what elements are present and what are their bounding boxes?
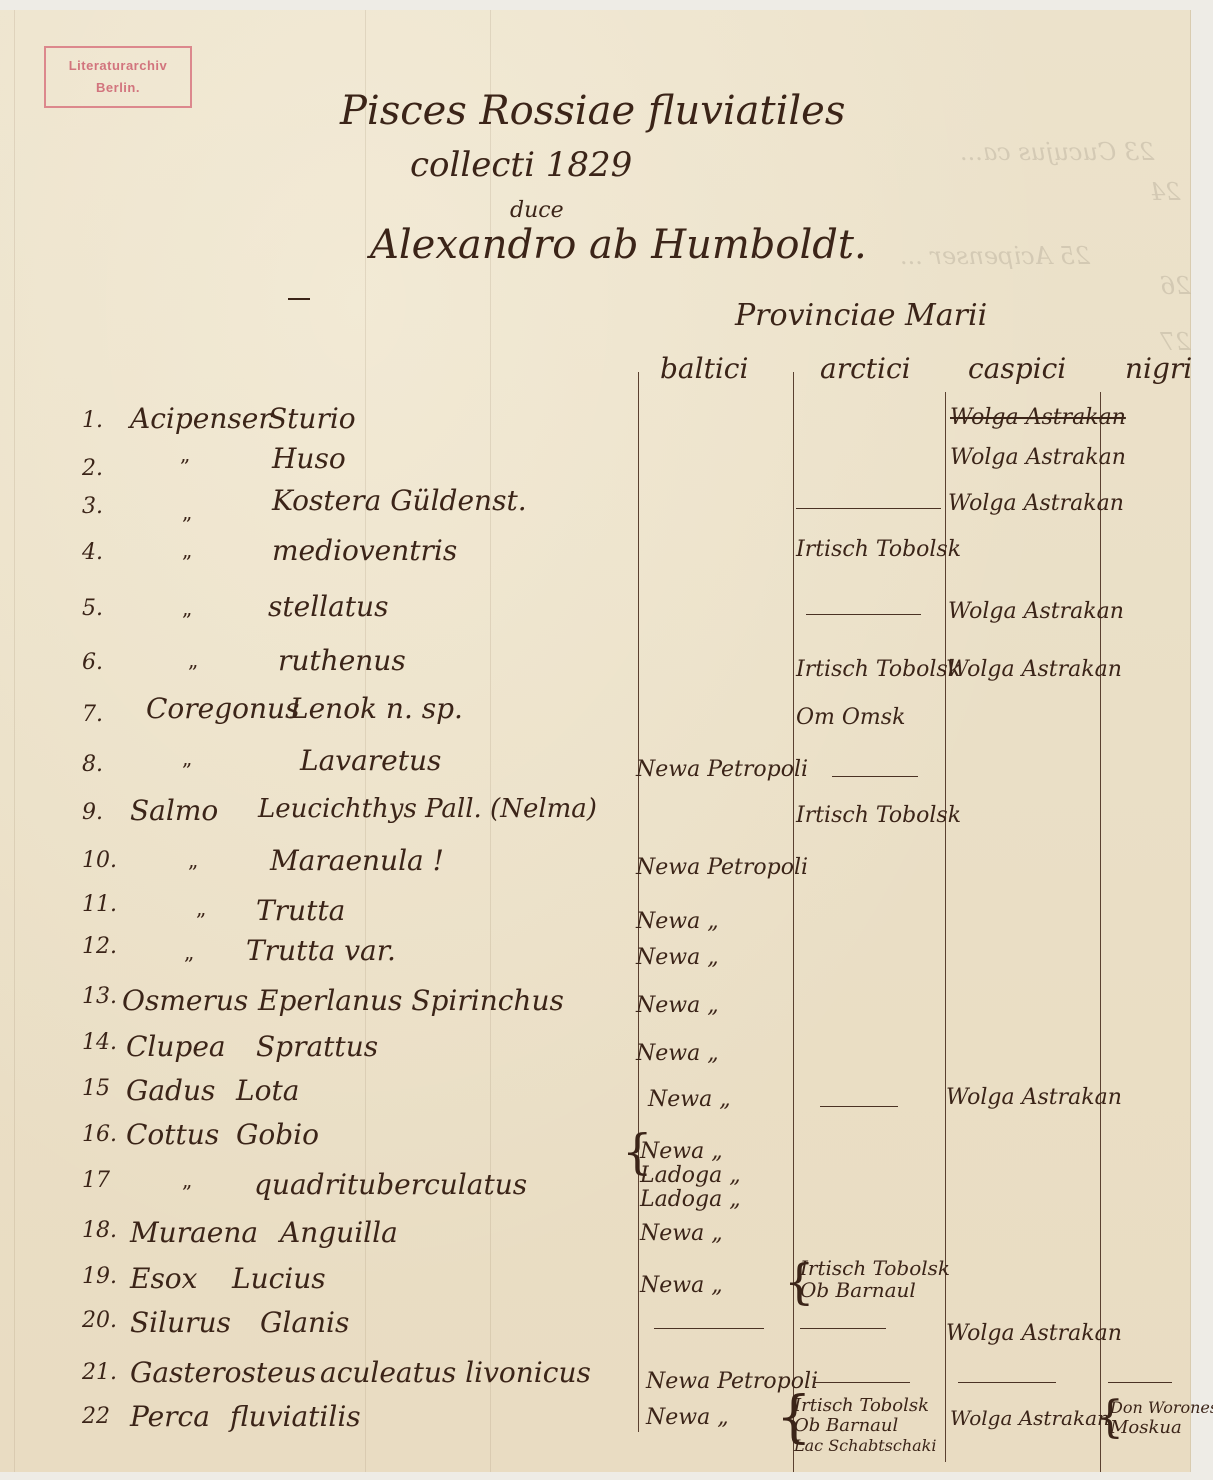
- baltici-cell: Newa „: [636, 994, 719, 1018]
- empty-dash: [820, 1106, 898, 1107]
- table-row: 13. Osmerus Eperlanus Spirinchus Newa „: [0, 984, 1190, 1024]
- baltici-cell: Ladoga „: [640, 1188, 741, 1212]
- genus: Esox: [130, 1262, 197, 1295]
- ditto-mark: „: [182, 746, 192, 770]
- caspici-cell: Wolga Astrakan: [946, 1322, 1122, 1346]
- table-row: 1. Acipenser Sturio Wolga Astrakan: [0, 402, 1190, 442]
- row-number: 4.: [82, 540, 103, 565]
- table-row: 15 Gadus Lota Newa „ Wolga Astrakan: [0, 1074, 1190, 1114]
- genus: Perca: [130, 1400, 210, 1433]
- bleed-through-text: 23 Cucujus ca...: [960, 138, 1154, 166]
- row-number: 5.: [82, 596, 103, 621]
- table-row: 7. Coregonus Lenok n. sp. Om Omsk: [0, 692, 1190, 732]
- ditto-mark: „: [182, 500, 192, 524]
- table-row: 10. „ Maraenula ! Newa Petropoli: [0, 844, 1190, 884]
- column-header-baltici: baltici: [660, 352, 748, 385]
- species: Glanis: [260, 1306, 349, 1339]
- genus: Acipenser: [130, 402, 272, 435]
- genus: Coregonus: [146, 692, 299, 725]
- ditto-mark: „: [196, 896, 206, 920]
- baltici-cell: Newa „: [646, 1406, 729, 1430]
- species: quadrituberculatus: [254, 1168, 527, 1201]
- title-line-3: duce: [510, 198, 564, 223]
- baltici-cell: Newa „: [640, 1222, 723, 1246]
- table-row: 18. Muraena Anguilla Newa „: [0, 1216, 1190, 1256]
- baltici-cell: Newa „: [636, 946, 719, 970]
- separator-dash: [288, 298, 310, 300]
- ditto-mark: „: [180, 442, 190, 466]
- row-number: 10.: [82, 848, 117, 873]
- table-row: 8. „ Lavaretus Newa Petropoli: [0, 744, 1190, 784]
- ditto-mark: „: [188, 848, 198, 872]
- row-number: 13.: [82, 984, 117, 1009]
- table-row: 5. „ stellatus Wolga Astrakan: [0, 590, 1190, 630]
- column-header-arctici: arctici: [820, 352, 911, 385]
- species: Anguilla: [280, 1216, 398, 1249]
- archive-stamp: Literaturarchiv Berlin.: [44, 46, 192, 108]
- empty-dash: [796, 508, 941, 509]
- caspici-cell: Wolga Astrakan: [950, 1406, 1110, 1430]
- species: medioventris: [272, 534, 457, 567]
- row-number: 19.: [82, 1264, 117, 1289]
- row-number: 3.: [82, 494, 103, 519]
- row-number: 14.: [82, 1030, 117, 1055]
- arctici-cell: Irtisch Tobolsk: [796, 804, 961, 828]
- species: fluviatilis: [230, 1400, 361, 1433]
- genus: Silurus: [130, 1306, 231, 1339]
- baltici-cell: Newa „: [648, 1088, 731, 1112]
- species: Lucius: [232, 1262, 326, 1295]
- baltici-cell: Newa „: [636, 1042, 719, 1066]
- empty-dash: [654, 1328, 764, 1329]
- bleed-through-text: 26: [1160, 272, 1191, 300]
- empty-dash: [832, 776, 918, 777]
- genus: Gadus: [126, 1074, 215, 1107]
- species: Trutta var.: [246, 934, 396, 967]
- nigri-cell: Moskua: [1110, 1416, 1182, 1440]
- row-number: 11.: [82, 892, 117, 917]
- row-number: 16.: [82, 1122, 117, 1147]
- caspici-cell: Wolga Astrakan: [950, 446, 1126, 470]
- species: Eperlanus Spirinchus: [258, 984, 564, 1017]
- table-row: 22 Perca fluviatilis Newa „ { Irtisch To…: [0, 1400, 1190, 1440]
- species: Sturio: [268, 402, 356, 435]
- empty-dash: [800, 1328, 886, 1329]
- table-row: 17 „ quadrituberculatus Ladoga „: [0, 1168, 1190, 1208]
- table-row: 3. „ Kostera Güldenst. Wolga Astrakan: [0, 484, 1190, 524]
- bleed-through-text: 25 Acipenser ...: [900, 242, 1090, 270]
- empty-dash: [806, 614, 921, 615]
- row-number: 1.: [82, 408, 103, 433]
- empty-dash: [958, 1382, 1056, 1383]
- species: Lavaretus: [300, 744, 441, 777]
- genus: Muraena: [130, 1216, 258, 1249]
- species: Huso: [272, 442, 346, 475]
- caspici-cell: Wolga Astrakan: [950, 406, 1126, 430]
- table-row: 9. Salmo Leucichthys Pall. (Nelma) Irtis…: [0, 794, 1190, 834]
- table-row: 20. Silurus Glanis Wolga Astrakan: [0, 1306, 1190, 1346]
- baltici-cell: Newa Petropoli: [636, 758, 808, 782]
- genus: Gasterosteus: [130, 1356, 316, 1389]
- table-row: 14. Clupea Sprattus Newa „: [0, 1030, 1190, 1070]
- arctici-cell: Irtisch Tobolsk: [796, 658, 961, 682]
- arctici-cell: Irtisch Tobolsk: [796, 538, 961, 562]
- table-row: 16. Cottus Gobio { Newa „ Ladoga „: [0, 1118, 1190, 1158]
- provinces-header: Provinciae Marii: [735, 298, 987, 333]
- table-row: 12. „ Trutta var. Newa „: [0, 934, 1190, 974]
- genus: Clupea: [126, 1030, 226, 1063]
- arctici-cell: Om Omsk: [796, 706, 905, 730]
- row-number: 12.: [82, 934, 117, 959]
- ditto-mark: „: [182, 1168, 192, 1192]
- species: Trutta: [256, 894, 345, 927]
- row-number: 20.: [82, 1308, 117, 1333]
- bleed-through-text: 24: [1150, 178, 1181, 206]
- stamp-line-2: Berlin.: [46, 77, 190, 99]
- species: aculeatus livonicus: [320, 1356, 591, 1389]
- species: stellatus: [268, 590, 388, 623]
- column-header-caspici: caspici: [968, 352, 1066, 385]
- table-row: 6. „ ruthenus Irtisch Tobolsk Wolga Astr…: [0, 644, 1190, 684]
- species: Leucichthys Pall. (Nelma): [258, 794, 597, 824]
- row-number: 15: [82, 1076, 110, 1101]
- arctici-cell: Lac Schabtschaki: [794, 1434, 936, 1458]
- species: ruthenus: [278, 644, 406, 677]
- column-header-nigri: nigri: [1125, 352, 1192, 385]
- caspici-cell: Wolga Astrakan: [948, 600, 1124, 624]
- caspici-cell: Wolga Astrakan: [948, 492, 1124, 516]
- arctici-cell: Irtisch Tobolsk: [800, 1256, 950, 1280]
- table-row: 4. „ medioventris Irtisch Tobolsk: [0, 534, 1190, 574]
- table-row: 19. Esox Lucius Newa „ { Irtisch Tobolsk…: [0, 1262, 1190, 1302]
- title-line-4: Alexandro ab Humboldt.: [370, 222, 867, 268]
- species: Sprattus: [256, 1030, 378, 1063]
- stamp-line-1: Literaturarchiv: [46, 55, 190, 77]
- genus: Salmo: [130, 794, 218, 827]
- ditto-mark: „: [188, 648, 198, 672]
- arctici-cell: Ob Barnaul: [800, 1278, 916, 1302]
- ditto-mark: „: [184, 940, 194, 964]
- row-number: 9.: [82, 800, 103, 825]
- species: Lota: [236, 1074, 299, 1107]
- baltici-cell: Newa „: [640, 1140, 723, 1164]
- caspici-cell: Wolga Astrakan: [946, 1086, 1122, 1110]
- empty-dash: [814, 1382, 910, 1383]
- row-number: 22: [82, 1404, 110, 1429]
- baltici-cell: Newa Petropoli: [636, 856, 808, 880]
- species: Maraenula !: [270, 844, 444, 877]
- row-number: 2.: [82, 456, 103, 481]
- species: Gobio: [236, 1118, 319, 1151]
- genus: Cottus: [126, 1118, 219, 1151]
- title-line-1: Pisces Rossiae fluviatiles: [340, 88, 845, 134]
- row-number: 21.: [82, 1360, 117, 1385]
- title-line-2: collecti 1829: [410, 145, 632, 185]
- row-number: 7.: [82, 702, 103, 727]
- row-number: 6.: [82, 650, 103, 675]
- row-number: 18.: [82, 1218, 117, 1243]
- empty-dash: [1108, 1382, 1172, 1383]
- species: Kostera Güldenst.: [272, 484, 527, 517]
- table-row: 11. „ Trutta Newa „: [0, 894, 1190, 934]
- row-number: 17: [82, 1168, 110, 1193]
- species: Lenok n. sp.: [290, 692, 463, 725]
- row-number: 8.: [82, 752, 103, 777]
- baltici-cell: Newa „: [636, 910, 719, 934]
- table-row: 2. „ Huso Wolga Astrakan: [0, 442, 1190, 482]
- genus: Osmerus: [122, 984, 248, 1017]
- table-row: 21. Gasterosteus aculeatus livonicus New…: [0, 1356, 1190, 1396]
- caspici-cell: Wolga Astrakan: [946, 658, 1122, 682]
- manuscript-page: 23 Cucujus ca... 24 25 Acipenser ... 26 …: [0, 10, 1190, 1472]
- baltici-cell: Newa „: [640, 1274, 723, 1298]
- ditto-mark: „: [182, 596, 192, 620]
- ditto-mark: „: [182, 538, 192, 562]
